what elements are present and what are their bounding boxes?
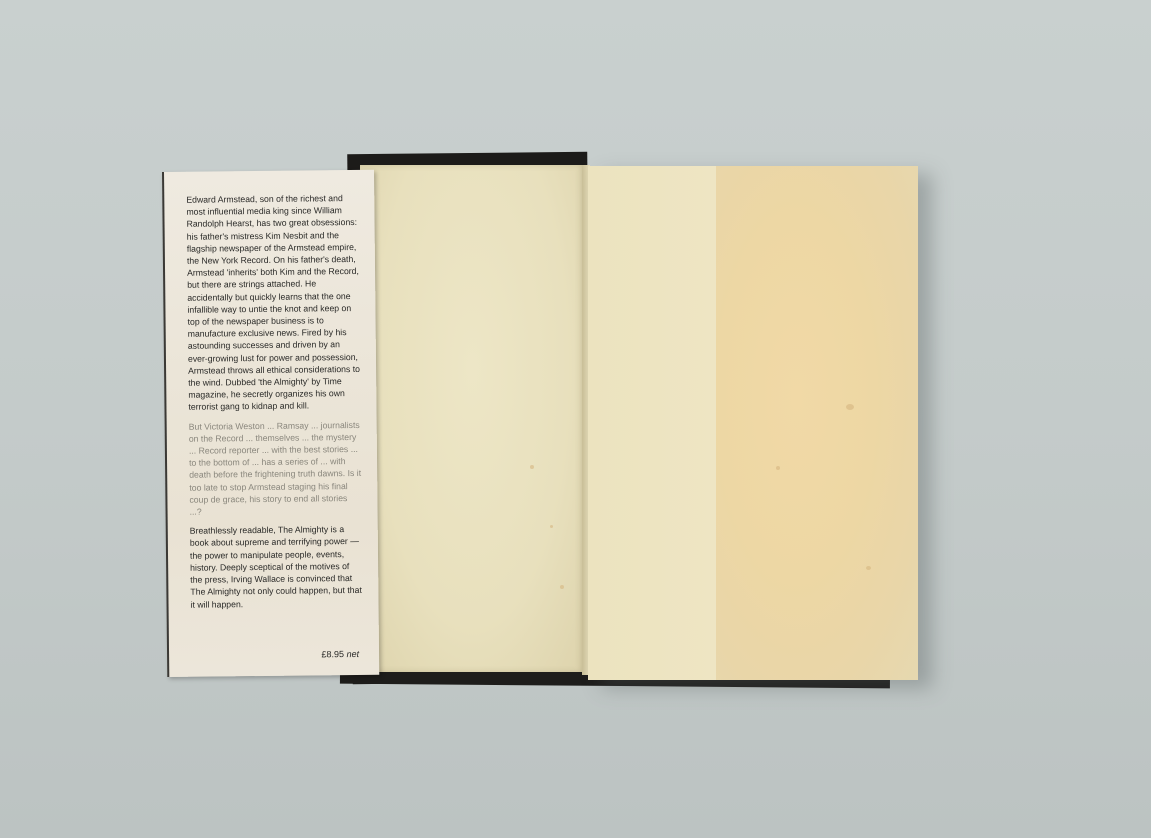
- photo-scene: Edward Armstead, son of the richest and …: [0, 0, 1151, 838]
- price-value: £8.95: [321, 649, 344, 659]
- blurb-paragraph-1: Edward Armstead, son of the richest and …: [186, 192, 360, 413]
- blurb-paragraph-3: Breathlessly readable, The Almighty is a…: [190, 523, 363, 610]
- left-endpaper: [360, 165, 585, 672]
- blurb-paragraph-2: But Victoria Weston ... Ramsay ... journ…: [189, 419, 362, 518]
- blurb-text: Edward Armstead, son of the richest and …: [186, 192, 362, 617]
- front-flap-underside: [588, 166, 717, 680]
- dust-jacket-flap: Edward Armstead, son of the richest and …: [162, 170, 379, 677]
- price-label: £8.95 net: [321, 649, 359, 659]
- price-suffix: net: [346, 649, 359, 659]
- foxed-paper: [716, 166, 918, 680]
- right-page: [588, 166, 918, 680]
